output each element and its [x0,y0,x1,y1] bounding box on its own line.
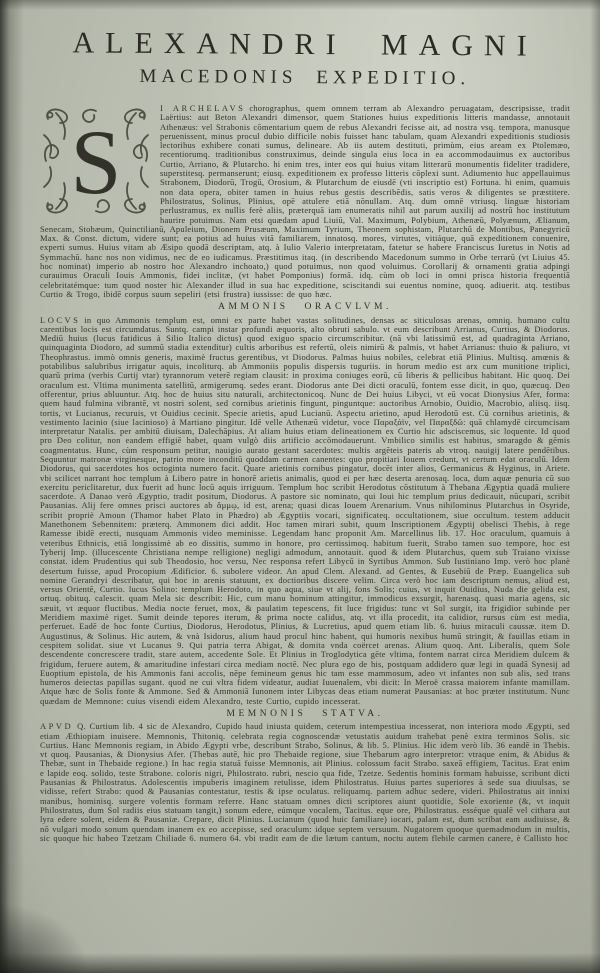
book-page-scan: ALEXANDRI MAGNI MACEDONIS EXPEDITIO. [0,0,600,973]
drop-cap-letter: S [70,111,121,213]
scan-edge-left [0,0,24,973]
section-text-memnonis: Q. Curtium lib. 4 sic de Alexandro, Cupi… [40,721,570,843]
scan-edge-bottom [0,953,600,973]
drop-cap-woodcut: S [40,105,152,217]
section-body-ammonis-oraculum: LOCVSin quo Ammonis templum est, omni ex… [40,316,570,706]
section-body-memnonis-statua: APVDQ. Curtium lib. 4 sic de Alexandro, … [40,722,570,843]
scan-edge-right [590,0,600,973]
section-heading-ammonis-oraculum: AMMONIS ORACVLVM. [40,303,570,312]
scan-edge-top [0,0,600,10]
intro-paragraph: S I ARCHELAVSchorographus, quem omnem te… [40,104,570,299]
page-subtitle: MACEDONIS EXPEDITIO. [40,65,570,91]
page-title: ALEXANDRI MAGNI [40,26,570,64]
scan-corner-shadow [0,903,90,973]
body-text: S I ARCHELAVSchorographus, quem omnem te… [40,104,570,843]
title-block: ALEXANDRI MAGNI MACEDONIS EXPEDITIO. [40,26,570,91]
section-text-ammonis: in quo Ammonis templum est, omni ex part… [40,315,570,706]
page-content: ALEXANDRI MAGNI MACEDONIS EXPEDITIO. [40,28,570,843]
section-heading-memnonis-statua: MEMNONIS STATVA. [40,710,570,719]
